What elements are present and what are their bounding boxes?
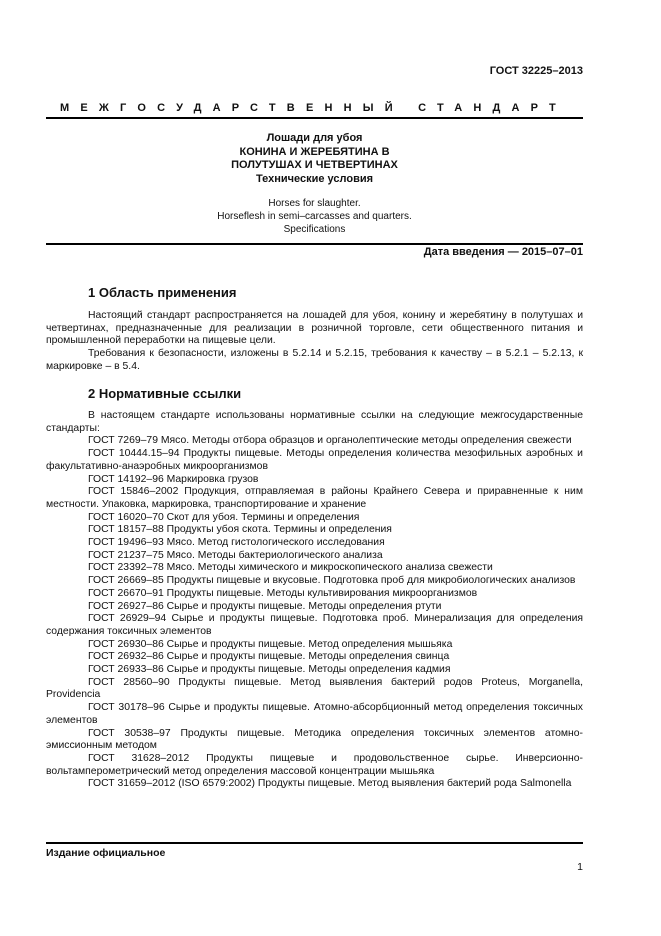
title-ru-line: Технические условия <box>46 173 583 187</box>
reference-item: ГОСТ 30178–96 Сырье и продукты пищевые. … <box>46 702 583 727</box>
reference-item: ГОСТ 26932–86 Сырье и продукты пищевые. … <box>46 651 583 664</box>
reference-item: ГОСТ 7269–79 Мясо. Методы отбора образцо… <box>46 435 583 448</box>
document-number: ГОСТ 32225–2013 <box>490 65 583 77</box>
title-ru-line: ПОЛУТУШАХ И ЧЕТВЕРТИНАХ <box>46 159 583 173</box>
title-en-line: Horseflesh in semi–carcasses and quarter… <box>46 210 583 223</box>
reference-item: ГОСТ 19496–93 Мясо. Метод гистологическо… <box>46 537 583 550</box>
paragraph: Настоящий стандарт распространяется на л… <box>46 310 583 348</box>
reference-item: ГОСТ 30538–97 Продукты пищевые. Методика… <box>46 728 583 753</box>
section-heading-normative-refs: 2 Нормативные ссылки <box>88 386 241 401</box>
reference-item: ГОСТ 31628–2012 Продукты пищевые и продо… <box>46 753 583 778</box>
title-ru-line: Лошади для убоя <box>46 132 583 146</box>
reference-item: ГОСТ 26929–94 Сырье и продукты пищевые. … <box>46 613 583 638</box>
reference-item: ГОСТ 16020–70 Скот для убоя. Термины и о… <box>46 512 583 525</box>
reference-item: ГОСТ 26670–91 Продукты пищевые. Методы к… <box>46 588 583 601</box>
divider-top <box>46 117 583 119</box>
divider-bottom <box>46 842 583 844</box>
title-english: Horses for slaughter. Horseflesh in semi… <box>46 197 583 236</box>
reference-item: ГОСТ 26669–85 Продукты пищевые и вкусовы… <box>46 575 583 588</box>
intro-date: Дата введения — 2015–07–01 <box>424 246 583 258</box>
reference-item: ГОСТ 26927–86 Сырье и продукты пищевые. … <box>46 601 583 614</box>
title-en-line: Horses for slaughter. <box>46 197 583 210</box>
reference-item: ГОСТ 26933–86 Сырье и продукты пищевые. … <box>46 664 583 677</box>
reference-item: ГОСТ 26930–86 Сырье и продукты пищевые. … <box>46 639 583 652</box>
standard-banner: МЕЖГОСУДАРСТВЕННЫЙ СТАНДАРТ <box>46 102 583 114</box>
paragraph: В настоящем стандарте использованы норма… <box>46 410 583 435</box>
reference-item: ГОСТ 18157–88 Продукты убоя скота. Терми… <box>46 524 583 537</box>
section-body-normative-refs: В настоящем стандарте использованы норма… <box>46 410 583 791</box>
title-russian: Лошади для убоя КОНИНА И ЖЕРЕБЯТИНА В ПО… <box>46 132 583 186</box>
reference-item: ГОСТ 23392–78 Мясо. Методы химического и… <box>46 562 583 575</box>
section-body-scope: Настоящий стандарт распространяется на л… <box>46 310 583 374</box>
reference-item: ГОСТ 10444.15–94 Продукты пищевые. Метод… <box>46 448 583 473</box>
paragraph: Требования к безопасности, изложены в 5.… <box>46 348 583 373</box>
reference-item: ГОСТ 15846–2002 Продукция, отправляемая … <box>46 486 583 511</box>
document-page: ГОСТ 32225–2013 МЕЖГОСУДАРСТВЕННЫЙ СТАНД… <box>46 0 583 936</box>
divider-middle <box>46 243 583 245</box>
reference-item: ГОСТ 14192–96 Маркировка грузов <box>46 474 583 487</box>
page-number: 1 <box>577 861 583 873</box>
official-edition-label: Издание официальное <box>46 847 165 859</box>
reference-item: ГОСТ 28560–90 Продукты пищевые. Метод вы… <box>46 677 583 702</box>
section-heading-scope: 1 Область применения <box>88 285 237 300</box>
title-en-line: Specifications <box>46 223 583 236</box>
title-ru-line: КОНИНА И ЖЕРЕБЯТИНА В <box>46 146 583 160</box>
reference-item: ГОСТ 31659–2012 (ISO 6579:2002) Продукты… <box>46 778 583 791</box>
reference-item: ГОСТ 21237–75 Мясо. Методы бактериологич… <box>46 550 583 563</box>
